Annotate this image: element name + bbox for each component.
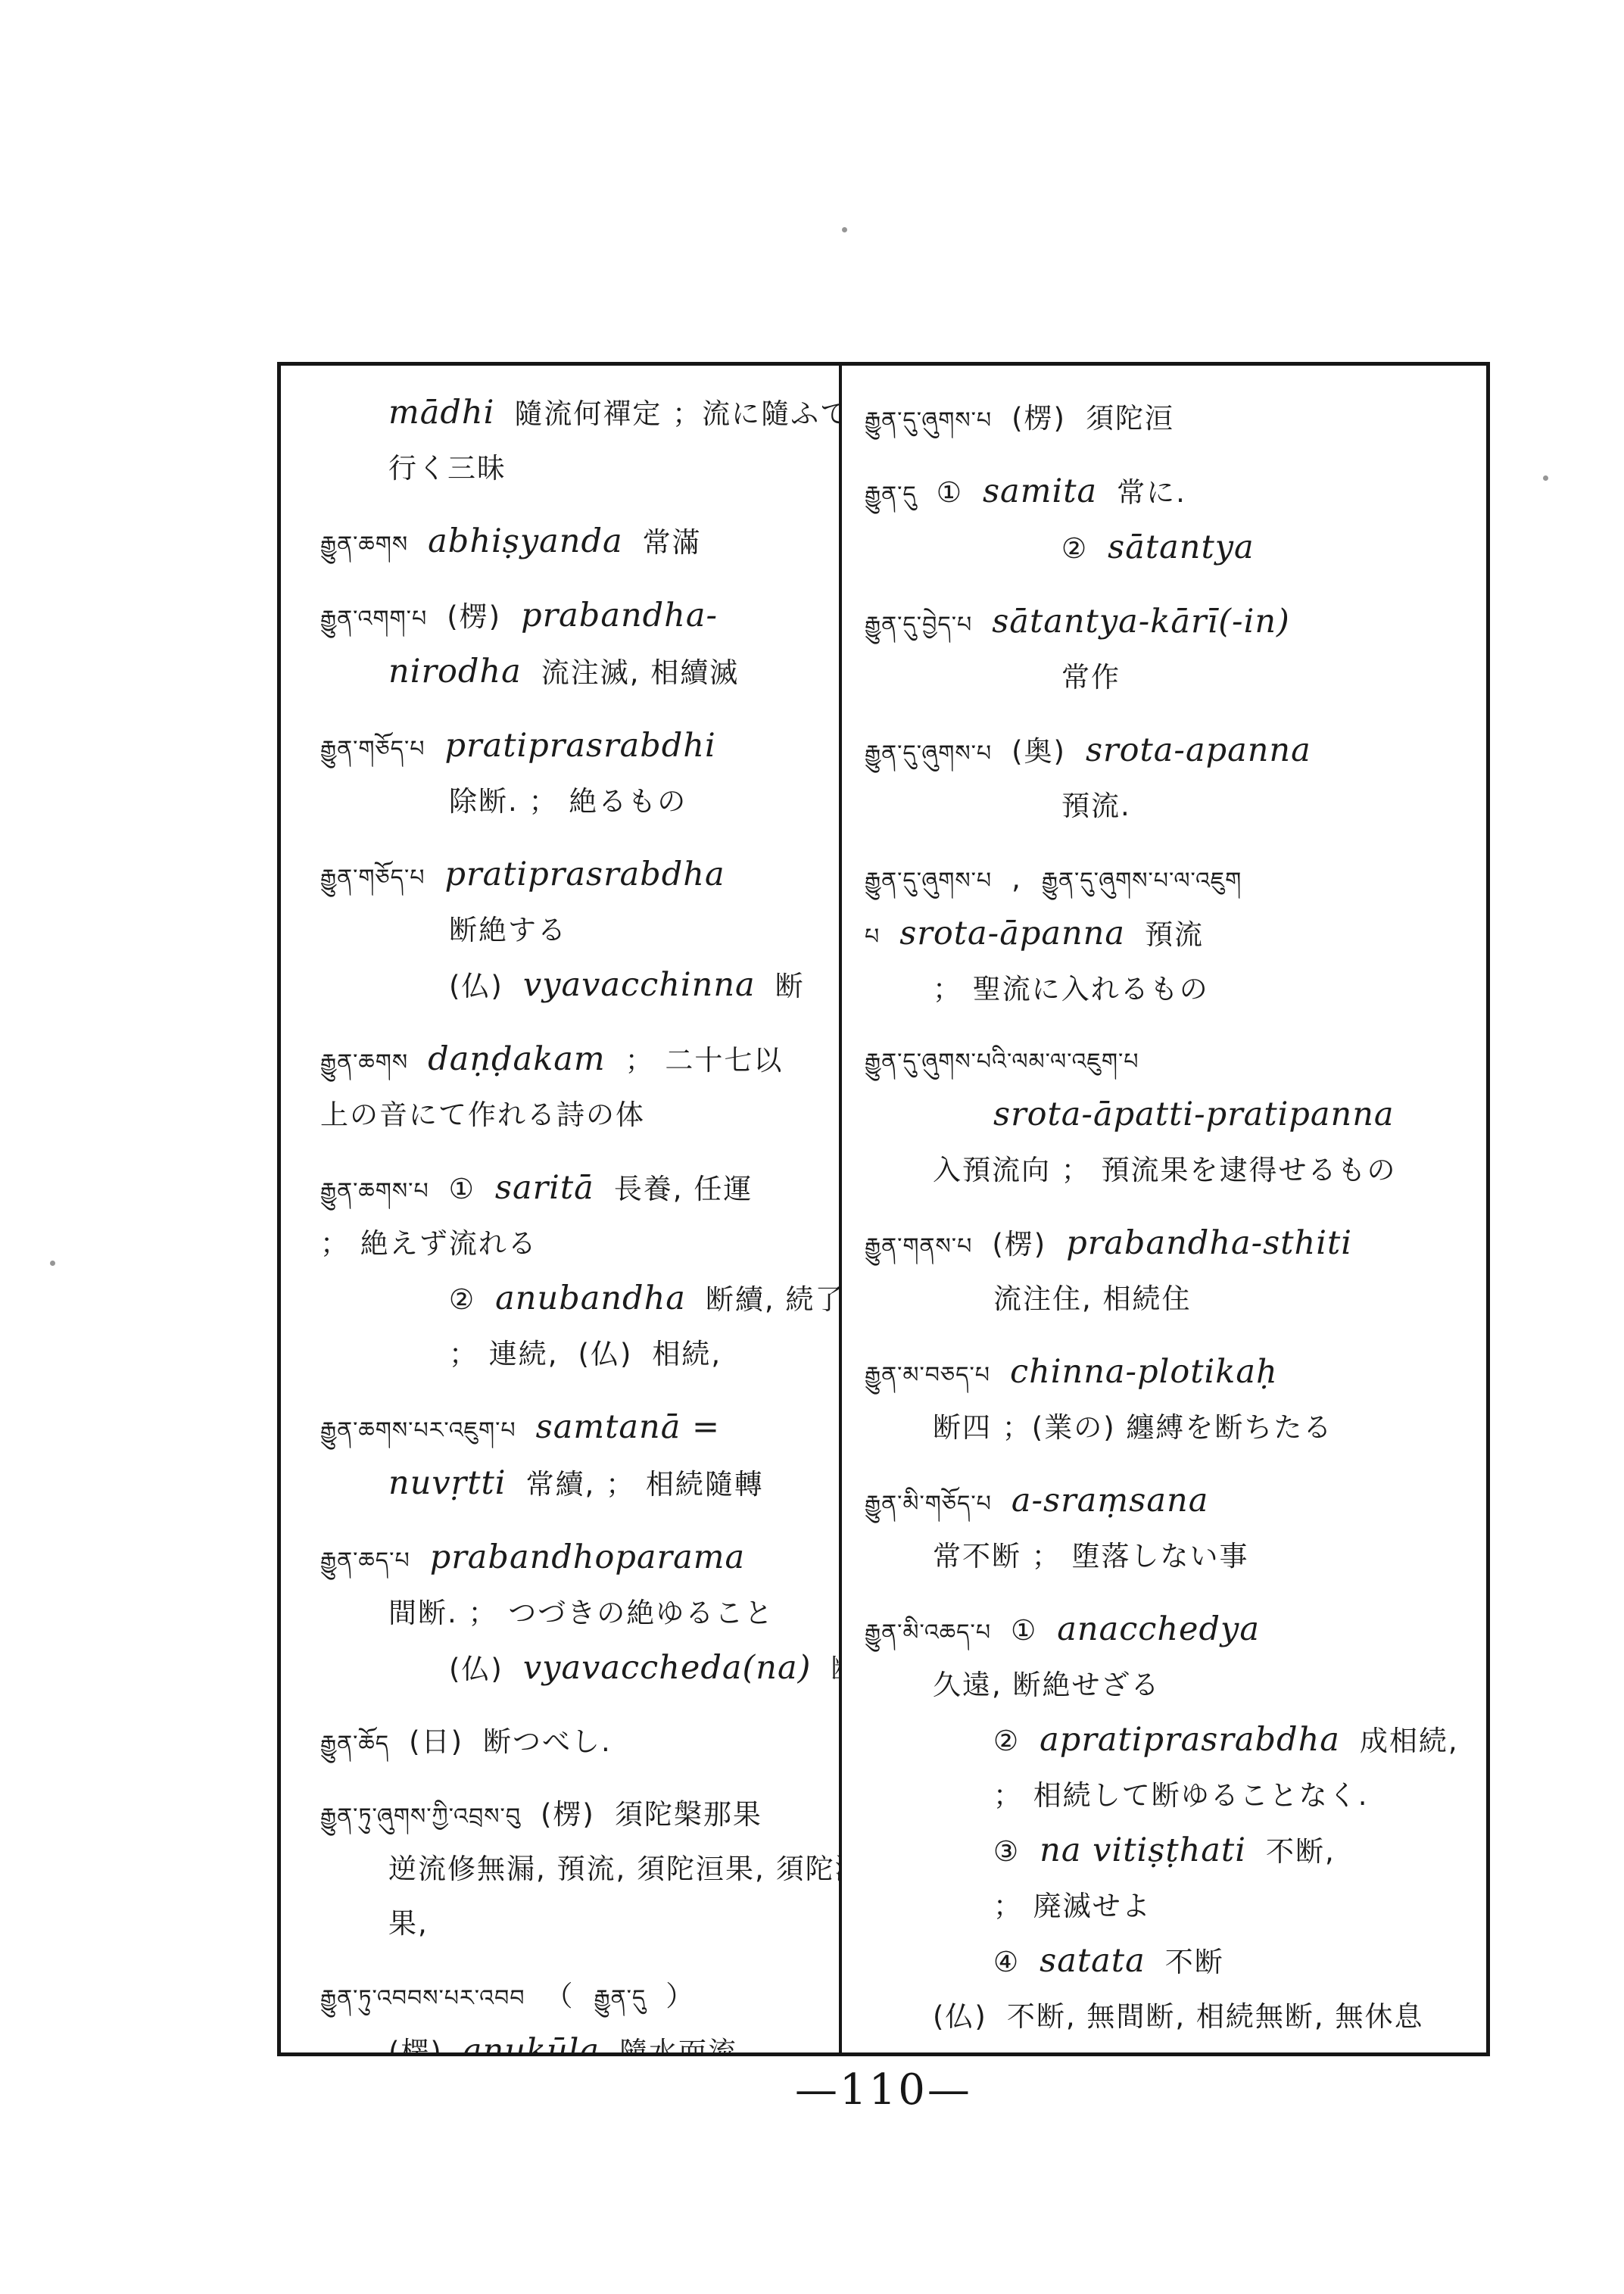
source-marker: (楞) [992, 1228, 1046, 1261]
tibetan-headword: རྒྱུན་དུ [594, 1985, 646, 2012]
entry-line: 逆流修無漏, 預流, 須陀洹果, 須陀洹… [320, 1845, 831, 1900]
sanskrit-term: sātantya [1108, 528, 1255, 566]
japanese-gloss: 常に. [1117, 476, 1186, 509]
tibetan-headword: རྒྱུན་ཆགས [320, 531, 408, 558]
japanese-gloss: 上の音にて作れる詩の体 [320, 1099, 645, 1131]
sanskrit-term: prabandha- [521, 597, 718, 634]
entry-line: 断四 ；(業の) 纏縛を断ちたる [865, 1404, 1474, 1458]
right-column: རྒྱུན་དུ་ཞུགས་པ(楞)須陀洹རྒྱུན་དུ①samita常に.②… [842, 366, 1486, 2052]
japanese-gloss: ； 絶えず流れる [320, 1227, 538, 1260]
dictionary-entry: mādhi隨流何禪定 ；流に隨ふて行く三昧 [320, 388, 831, 499]
japanese-gloss: 隨流何禪定 ；流に隨ふて [514, 397, 842, 430]
sanskrit-term: anacchedya [1057, 1610, 1260, 1648]
source-marker: (仏) [933, 2000, 987, 2033]
source-marker: (仏) [449, 1653, 503, 1685]
entry-line: ； 廃滅せよ [865, 1882, 1474, 1937]
entry-line: རྒྱུན་ཏུ་འབབས་པར་འབབ（རྒྱུན་དུ） [320, 1972, 831, 2027]
sanskrit-term: anukūla [463, 2032, 600, 2052]
japanese-gloss: ； 聖流に入れるもの [933, 973, 1209, 1005]
entry-line: རྒྱུན་མི་གཅོད་པa-sraṃsana [865, 1476, 1474, 1532]
tibetan-headword: རྒྱུན་ཆད་པ [320, 1548, 410, 1574]
dictionary-entry: རྒྱུན་ཆད་པprabandhoparama間断. ； つづきの絶ゆること… [320, 1533, 831, 1700]
entry-line: srota-āpatti-pratipanna [865, 1090, 1474, 1146]
sanskrit-term: sātantya-kārī(-in) [992, 603, 1290, 641]
sanskrit-term: mādhi [388, 394, 494, 432]
tibetan-headword: རྒྱུན་གཅོད་པ [320, 865, 425, 891]
sanskrit-term: chinna-plotikaḥ [1010, 1353, 1278, 1391]
tibetan-headword: རྒྱུན་དུ་ཞུགས་པ་ལ་འཇུག [1042, 868, 1242, 894]
entry-line: (仏)vyavacchinna断 [320, 961, 831, 1017]
japanese-gloss: 断 [775, 970, 805, 1002]
entry-line: (仏)vyavaccheda(na)断絶 [320, 1644, 831, 1700]
entry-line: 常不断 ； 堕落しない事 [865, 1532, 1474, 1587]
entry-line: རྒྱུན་ཆགསdaṇḍakam； 二十七以 [320, 1035, 831, 1091]
entry-line: 常作 [865, 653, 1474, 708]
entry-line: nirodha流注滅, 相續滅 [320, 647, 831, 703]
dictionary-entry: རྒྱུན་དུ①samita常に.②sātantya [865, 467, 1474, 579]
entry-line: 果, [320, 1900, 831, 1954]
entry-line: རྒྱུན་ཆགས་པར་འཇུག་པsamtanā = [320, 1403, 831, 1459]
entry-line: རྒྱུན་མི་འཆད་པ①anacchedya [865, 1605, 1474, 1661]
japanese-gloss: 流注住, 相続住 [993, 1283, 1192, 1315]
item-number: ① [937, 476, 963, 509]
content-frame: mādhi隨流何禪定 ；流に隨ふて行く三昧རྒྱུན་ཆགསabhiṣyanda… [277, 362, 1490, 2056]
dictionary-entry: རྒྱུན་དུ་ཞུགས་པའི་ལམ་ལ་འཇུག་པsrota-āpatt… [865, 1038, 1474, 1201]
entry-line: 間断. ； つづきの絶ゆること [320, 1589, 831, 1644]
sanskrit-term: na vitiṣṭhati [1040, 1831, 1246, 1869]
japanese-gloss: 入預流向 ； 預流果を逮得せるもの [933, 1154, 1397, 1186]
scan-speck [842, 227, 847, 232]
dictionary-entry: རྒྱུན་ཆགས་པ①saritā長養, 任運； 絶えず流れる②anuband… [320, 1164, 831, 1385]
tibetan-headword: རྒྱུན་དུ [865, 482, 917, 508]
dictionary-entry: རྒྱུན་གཅོད་པpratiprasrabdha断絶する(仏)vyavac… [320, 850, 831, 1017]
tibetan-headword: རྒྱུན་ཆགས་པར་འཇུག་པ [320, 1417, 516, 1444]
entry-line: 久遠, 断絶せざる [865, 1661, 1474, 1716]
entry-line: རྒྱུན་དུ་ཞུགས་པ(奥)srota-apanna [865, 726, 1474, 782]
japanese-gloss: 常不断 ； 堕落しない事 [933, 1540, 1249, 1572]
entry-line: ； 相続して断ゆることなく. [865, 1772, 1474, 1826]
japanese-gloss: 預流. [1061, 790, 1131, 822]
entry-line: 除断. ； 絶るもの [320, 778, 831, 832]
tibetan-headword: རྒྱུན་དུ་བྱེད་པ [865, 612, 972, 638]
japanese-gloss: 須陀槃那果 [615, 1798, 762, 1831]
japanese-gloss: 果, [388, 1907, 429, 1940]
japanese-gloss: 成相続, [1360, 1725, 1459, 1757]
sanskrit-term: a-sraṃsana [1011, 1482, 1208, 1519]
entry-line: རྒྱུན་དུ་ཞུགས་པ,རྒྱུན་དུ་ཞུགས་པ་ལ་འཇུག [865, 855, 1474, 909]
dictionary-entry: རྒྱུན་ཏུ་ཞུགས་ཀྱི་འབྲས་བུ(楞)須陀槃那果逆流修無漏, … [320, 1791, 831, 1954]
sanskrit-term: nirodha [388, 653, 522, 690]
entry-line: རྒྱུན་དུ་ཞུགས་པའི་ལམ་ལ་འཇུག་པ [865, 1038, 1474, 1090]
tibetan-headword: རྒྱུན་དུ་ཞུགས་པ [865, 407, 992, 434]
japanese-gloss: 久遠, 断絶せざる [933, 1669, 1161, 1701]
dictionary-entry: རྒྱུན་ཆོད(日)断つべし. [320, 1718, 831, 1772]
entry-line: རྒྱུན་ཆོད(日)断つべし. [320, 1718, 831, 1772]
entry-line: 流注住, 相続住 [865, 1275, 1474, 1329]
tibetan-headword: རྒྱུན་འགག་པ [320, 606, 427, 632]
dictionary-entry: རྒྱུན་མ་བཅད་པchinna-plotikaḥ断四 ；(業の) 纏縛を… [865, 1348, 1474, 1458]
entry-line: རྒྱུན་ཆགསabhiṣyanda常滿 [320, 517, 831, 573]
entry-line: པsrota-āpanna預流 [865, 909, 1474, 965]
entry-line: རྒྱུན་དུ①samita常に. [865, 467, 1474, 523]
page-number: —110— [277, 2065, 1490, 2115]
source-marker: (仏) [449, 970, 503, 1002]
source-marker: (奥) [1011, 735, 1066, 768]
dictionary-entry: རྒྱུན་གཅོད་པpratiprasrabdhi除断. ； 絶るもの [320, 722, 831, 832]
entry-line: རྒྱུན་གཅོད་པpratiprasrabdhi [320, 722, 831, 778]
dictionary-entry: རྒྱུན་མི་གཅོད་པa-sraṃsana常不断 ； 堕落しない事 [865, 1476, 1474, 1587]
sanskrit-term: nuvṛtti [388, 1464, 507, 1502]
sanskrit-term: srota-āpanna [899, 915, 1125, 952]
japanese-gloss: （ [544, 1980, 574, 2012]
sanskrit-term: samita [983, 472, 1097, 510]
dictionary-entry: རྒྱུན་ཆགསdaṇḍakam； 二十七以上の音にて作れる詩の体 [320, 1035, 831, 1145]
japanese-gloss: 不断 [1165, 1946, 1224, 1978]
entry-line: 入預流向 ； 預流果を逮得せるもの [865, 1146, 1474, 1201]
scan-speck [1543, 475, 1548, 481]
source-marker: (楞) [541, 1798, 595, 1831]
tibetan-headword: རྒྱུན་དུ་ཞུགས་པ [865, 740, 992, 767]
sanskrit-term: daṇḍakam [428, 1040, 606, 1078]
tibetan-headword: རྒྱུན་ཏུ་འབབས་པར་འབབ [320, 1985, 525, 2012]
entry-line: (楞)anukūla隨水而流 [320, 2027, 831, 2052]
sanskrit-term: prabandha-sthiti [1066, 1224, 1352, 1262]
tibetan-headword: རྒྱུན་དུ་ཞུགས་པ [865, 868, 992, 894]
sanskrit-term: vyavaccheda(na) [523, 1649, 812, 1687]
sanskrit-term: srota-āpatti-pratipanna [993, 1096, 1395, 1133]
dictionary-entry: རྒྱུན་འགག་པ(楞)prabandha-nirodha流注滅, 相續滅 [320, 591, 831, 703]
japanese-gloss: 不断, [1266, 1835, 1336, 1868]
entry-line: ； 連続,(仏)相続, [320, 1330, 831, 1385]
sanskrit-term: pratiprasrabdha [445, 856, 725, 893]
tibetan-headword: རྒྱུན་གཅོད་པ [320, 736, 425, 762]
tibetan-headword: རྒྱུན་མི་འཆད་པ [865, 1619, 991, 1646]
entry-line: ； 絶えず流れる [320, 1220, 831, 1274]
tibetan-headword: པ [865, 924, 880, 950]
japanese-gloss: 隨水而流 [619, 2036, 737, 2052]
sanskrit-term: prabandhoparama [430, 1538, 745, 1576]
sanskrit-term: abhiṣyanda [428, 522, 622, 560]
dictionary-entry: རྒྱུན་དུ་བྱེད་པsātantya-kārī(-in)常作 [865, 597, 1474, 708]
dictionary-entry: རྒྱུན་དུ་ཞུགས་པ(楞)須陀洹 [865, 394, 1474, 449]
dictionary-entry: རྒྱུན་ཆགས་པར་འཇུག་པsamtanā =nuvṛtti常續, ；… [320, 1403, 831, 1515]
sanskrit-term: pratiprasrabdhi [445, 727, 716, 765]
item-number: ④ [993, 1946, 1020, 1978]
item-number: ① [449, 1173, 475, 1205]
entry-line: mādhi隨流何禪定 ；流に隨ふて [320, 388, 831, 444]
entry-line: nuvṛtti常續, ； 相続隨轉 [320, 1459, 831, 1515]
dictionary-entry: རྒྱུན་དུ་ཞུགས་པ(奥)srota-apanna預流. [865, 726, 1474, 837]
entry-line: 預流. [865, 782, 1474, 837]
japanese-gloss: 断つべし. [483, 1725, 612, 1758]
sanskrit-term: srota-apanna [1086, 731, 1311, 769]
item-number: ② [1061, 532, 1088, 565]
item-number: ① [1011, 1614, 1037, 1647]
source-marker: (仏) [578, 1338, 633, 1370]
entry-line: རྒྱུན་མ་བཅད་པchinna-plotikaḥ [865, 1348, 1474, 1404]
entry-line: 行く三昧 [320, 444, 831, 499]
dictionary-entry: རྒྱུན་ཆགསabhiṣyanda常滿 [320, 517, 831, 573]
japanese-gloss: 行く三昧 [388, 452, 507, 485]
dictionary-entry: རྒྱུན་གནས་པ(楞)prabandha-sthiti流注住, 相続住 [865, 1219, 1474, 1329]
japanese-gloss: 常作 [1061, 661, 1121, 693]
source-marker: (日) [409, 1725, 463, 1758]
dictionary-entry: རྒྱུན་དུ་ཞུགས་པ,རྒྱུན་དུ་ཞུགས་པ་ལ་འཇུགཔs… [865, 855, 1474, 1020]
sanskrit-term: anubandha [495, 1279, 686, 1317]
entry-line: རྒྱུན་ཆད་པprabandhoparama [320, 1533, 831, 1589]
japanese-gloss: 不断, 無間断, 相続無断, 無休息 [1007, 2000, 1424, 2033]
sanskrit-term: samtanā = [536, 1408, 720, 1446]
entry-line: རྒྱུན་འགག་པ(楞)prabandha- [320, 591, 831, 647]
japanese-gloss: 断續, 続了根 [706, 1283, 842, 1316]
sanskrit-term: saritā [495, 1169, 594, 1207]
entry-line: 上の音にて作れる詩の体 [320, 1091, 831, 1145]
japanese-gloss: ； 連続, [449, 1338, 559, 1370]
entry-line: རྒྱུན་ཆགས་པ①saritā長養, 任運 [320, 1164, 831, 1220]
tibetan-headword: རྒྱུན་གནས་པ [865, 1233, 972, 1260]
entry-line: རྒྱུན་གནས་པ(楞)prabandha-sthiti [865, 1219, 1474, 1275]
entry-line: རྒྱུན་ཏུ་ཞུགས་ཀྱི་འབྲས་བུ(楞)須陀槃那果 [320, 1791, 831, 1845]
column-divider [839, 366, 842, 2052]
dictionary-entry: རྒྱུན་ཏུ་འབབས་པར་འབབ（རྒྱུན་དུ）(楞)anukūla… [320, 1972, 831, 2052]
sanskrit-term: satata [1040, 1942, 1146, 1980]
source-marker: (楞) [1011, 402, 1066, 435]
entry-line: ③na vitiṣṭhati不断, [865, 1826, 1474, 1882]
entry-line: ②sātantya [865, 523, 1474, 579]
tibetan-headword: རྒྱུན་ཏུ་ཞུགས་ཀྱི་འབྲས་བུ [320, 1803, 521, 1830]
entry-line: ； 聖流に入れるもの [865, 965, 1474, 1020]
entry-line: རྒྱུན་དུ་བྱེད་པsātantya-kārī(-in) [865, 597, 1474, 653]
item-number: ③ [993, 1835, 1020, 1868]
scan-speck [50, 1261, 55, 1266]
tibetan-headword: རྒྱུན་མི་གཅོད་པ [865, 1491, 992, 1517]
japanese-gloss: 常續, ； 相続隨轉 [526, 1468, 764, 1501]
japanese-gloss: , [1011, 862, 1022, 895]
scanned-page: mādhi隨流何禪定 ；流に隨ふて行く三昧རྒྱུན་ཆགསabhiṣyanda… [0, 0, 1624, 2294]
entry-line: ②anubandha断續, 続了根 [320, 1274, 831, 1330]
tibetan-headword: རྒྱུན་ཆོད [320, 1731, 389, 1757]
entry-line: 断絶する [320, 906, 831, 961]
japanese-gloss: 須陀洹 [1086, 402, 1174, 435]
entry-line: རྒྱུན་དུ་ཞུགས་པ(楞)須陀洹 [865, 394, 1474, 449]
japanese-gloss: 除断. ； 絶るもの [449, 785, 687, 818]
japanese-gloss: ） [665, 1980, 695, 2012]
tibetan-headword: རྒྱུན་ཆགས [320, 1049, 408, 1076]
sanskrit-term: vyavacchinna [523, 966, 756, 1004]
dictionary-entry: རྒྱུན་མི་འཆད་པ①anacchedya久遠, 断絶せざる②aprat… [865, 1605, 1474, 2047]
japanese-gloss: 断絶する [449, 914, 567, 946]
entry-line: ④satata不断 [865, 1937, 1474, 1993]
japanese-gloss: 間断. ； つづきの絶ゆること [388, 1597, 774, 1629]
japanese-gloss: ； 二十七以 [625, 1044, 784, 1077]
tibetan-headword: རྒྱུན་དུ་ཞུགས་པའི་ལམ་ལ་འཇུག་པ [865, 1049, 1139, 1075]
japanese-gloss: ； 廃滅せよ [993, 1890, 1152, 1922]
tibetan-headword: རྒྱུན་མ་བཅད་པ [865, 1362, 990, 1389]
source-marker: (楞) [447, 600, 501, 633]
japanese-gloss: 流注滅, 相續滅 [541, 656, 740, 689]
japanese-gloss: 預流 [1145, 918, 1204, 951]
japanese-gloss: 断四 ；(業の) 纏縛を断ちたる [933, 1411, 1333, 1444]
japanese-gloss: 相続, [652, 1338, 722, 1370]
item-number: ② [449, 1283, 475, 1316]
item-number: ② [993, 1725, 1020, 1757]
japanese-gloss: 長養, 任運 [614, 1173, 753, 1205]
entry-line: (仏)不断, 無間断, 相続無断, 無休息 [865, 1993, 1474, 2047]
entry-line: རྒྱུན་གཅོད་པpratiprasrabdha [320, 850, 831, 906]
entry-line: ②apratiprasrabdha成相続, [865, 1716, 1474, 1772]
left-column: mādhi隨流何禪定 ；流に隨ふて行く三昧རྒྱུན་ཆགསabhiṣyanda… [281, 366, 842, 2052]
japanese-gloss: 逆流修無漏, 預流, 須陀洹果, 須陀洹… [388, 1853, 842, 1885]
japanese-gloss: ； 相続して断ゆることなく. [993, 1779, 1369, 1812]
japanese-gloss: 常滿 [643, 526, 702, 559]
source-marker: (楞) [388, 2036, 443, 2052]
sanskrit-term: apratiprasrabdha [1040, 1721, 1340, 1759]
tibetan-headword: རྒྱུན་ཆགས་པ [320, 1178, 429, 1205]
